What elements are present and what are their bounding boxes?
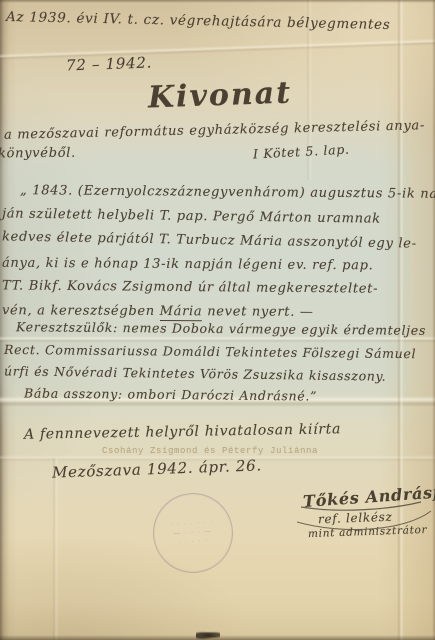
entry-line: vén, a keresztségben Mária nevet nyert. … [2, 303, 314, 320]
cut-off-page-mark [196, 630, 220, 640]
faint-typewritten-note: Csohány Zsigmond és Péterfy Juliánna [102, 446, 318, 456]
document-page: Az 1939. évi IV. t. cz. végrehajtására b… [0, 0, 435, 640]
scan-edge-shadow [0, 0, 435, 3]
baptismal-name-underlined: Mária [160, 304, 203, 321]
registry-number: 72 – 1942. [66, 54, 153, 75]
fold-crease-vertical [397, 0, 404, 640]
stamp-duty-exemption-note: Az 1939. évi IV. t. cz. végrehajtására b… [6, 9, 391, 33]
stamp-text-line: — · · · — [174, 529, 212, 538]
stamp-text-line: · · · · · · · [170, 520, 214, 529]
signature-title: ref. lelkész [318, 510, 393, 527]
entry-line-text: nevet nyert. — [202, 304, 313, 320]
stamp-text-line: · · · · · [178, 538, 209, 546]
fold-crease-vertical [52, 458, 59, 640]
midwife-line: Bába asszony: ombori Daróczi Andrásné.” [24, 385, 317, 403]
entry-line: ánya, ki is e hónap 13-ik napján légeni … [2, 256, 374, 274]
source-register-line-2: könyvéből. [0, 146, 76, 162]
document-title: Kivonat [147, 75, 292, 115]
entry-line-text: vén, a keresztségben [2, 303, 160, 319]
official-stamp: · · · · · · · — · · · — · · · · · [150, 490, 235, 575]
